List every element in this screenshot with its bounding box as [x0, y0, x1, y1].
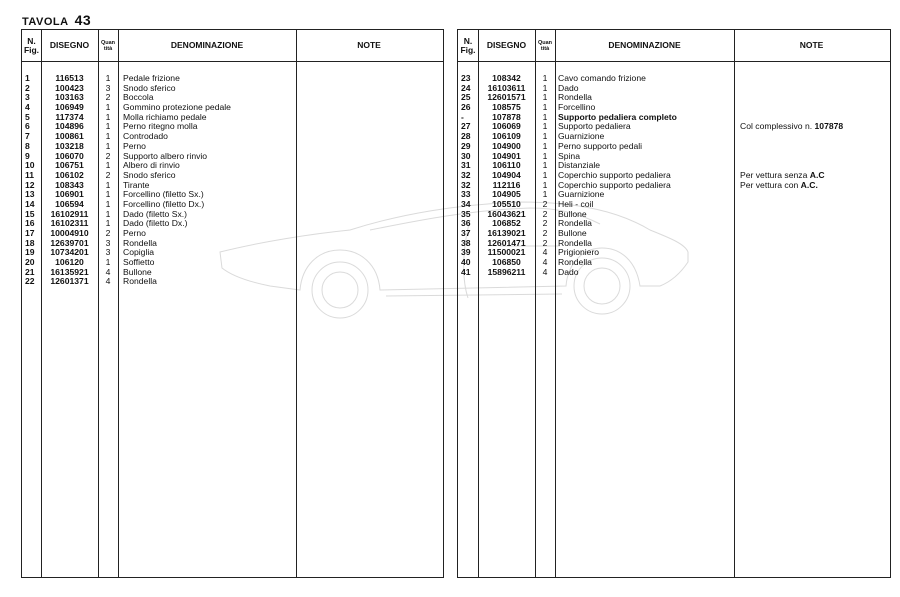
table-row: 101067511Albero di rinvio: [22, 161, 443, 171]
table-row: 41069491Gommino protezione pedale: [22, 103, 443, 113]
header-note: NOTE: [734, 30, 889, 61]
table-row: 91060702Supporto albero rinvio: [22, 152, 443, 162]
table-row: 121083431Tirante: [22, 181, 443, 191]
cell-denominazione: Dado: [558, 268, 579, 278]
table-row: 41158962114Dado: [458, 268, 890, 278]
header-disegno: DISEGNO: [41, 30, 98, 61]
page-title: TAVOLA43: [22, 12, 91, 28]
header-disegno: DISEGNO: [478, 30, 535, 61]
header-quantita: Quantità: [535, 30, 555, 61]
cell-disegno: 15896211: [478, 268, 535, 278]
table-row: 131069011Forcellino (filetto Sx.): [22, 190, 443, 200]
table-row: 281061091Guarnizione: [458, 132, 890, 142]
cell-denominazione: Rondella: [123, 277, 157, 287]
table-row: 11165131Pedale frizione: [22, 74, 443, 84]
table-row: 22126013714Rondella: [22, 277, 443, 287]
cell-disegno: 12601371: [41, 277, 98, 287]
header-note: NOTE: [296, 30, 442, 61]
parts-table-left: N.Fig. DISEGNO Quantità DENOMINAZIONE NO…: [21, 29, 444, 578]
cell-note: Per vettura con A.C.: [740, 181, 818, 191]
header-denominazione: DENOMINAZIONE: [118, 30, 296, 61]
table-row: 21004233Snodo sferico: [22, 84, 443, 94]
table-row: 25126015711Rondella: [458, 93, 890, 103]
header-fig: N.Fig.: [22, 30, 41, 61]
cell-fig: 41: [461, 268, 471, 278]
parts-table-right: N.Fig. DISEGNO Quantità DENOMINAZIONE NO…: [457, 29, 891, 578]
table-row: 71008611Controdado: [22, 132, 443, 142]
table-row: 311061101Distanziale: [458, 161, 890, 171]
page-title-number: 43: [75, 12, 92, 28]
note-reference: A.C.: [801, 180, 818, 190]
table-row: 51173741Molla richiamo pedale: [22, 113, 443, 123]
table-row: 35160436212Bullone: [458, 210, 890, 220]
table-row: 271060691Supporto pedalieraCol complessi…: [458, 122, 890, 132]
cell-quantita: 4: [98, 277, 118, 287]
table-body: 231083421Cavo comando frizione2416103611…: [458, 74, 890, 277]
page-title-label: TAVOLA: [22, 16, 69, 28]
table-row: 331049051Guarnizione: [458, 190, 890, 200]
table-row: 111061022Snodo sferico: [22, 171, 443, 181]
table-header: N.Fig. DISEGNO Quantità DENOMINAZIONE NO…: [458, 30, 890, 62]
table-header: N.Fig. DISEGNO Quantità DENOMINAZIONE NO…: [22, 30, 443, 62]
table-row: 31031632Boccola: [22, 93, 443, 103]
header-quantita: Quantità: [98, 30, 118, 61]
table-row: 19107342013Copiglia: [22, 248, 443, 258]
table-row: 61048961Perno ritegno molla: [22, 122, 443, 132]
cell-fig: 22: [25, 277, 35, 287]
table-row: 291049001Perno supporto pedali: [458, 142, 890, 152]
table-row: 81032181Perno: [22, 142, 443, 152]
header-denominazione: DENOMINAZIONE: [555, 30, 734, 61]
cell-note: Col complessivo n. 107878: [740, 122, 843, 132]
note-reference: 107878: [815, 121, 844, 131]
table-row: 39115000214Prigioniero: [458, 248, 890, 258]
cell-quantita: 4: [535, 268, 555, 278]
table-body: 11165131Pedale frizione21004233Snodo sfe…: [22, 74, 443, 287]
table-row: 321049041Coperchio supporto pedalieraPer…: [458, 171, 890, 181]
header-fig: N.Fig.: [458, 30, 478, 61]
table-row: 321121161Coperchio supporto pedalieraPer…: [458, 181, 890, 191]
table-row: 301049011Spina: [458, 152, 890, 162]
note-reference: A.C: [810, 170, 825, 180]
